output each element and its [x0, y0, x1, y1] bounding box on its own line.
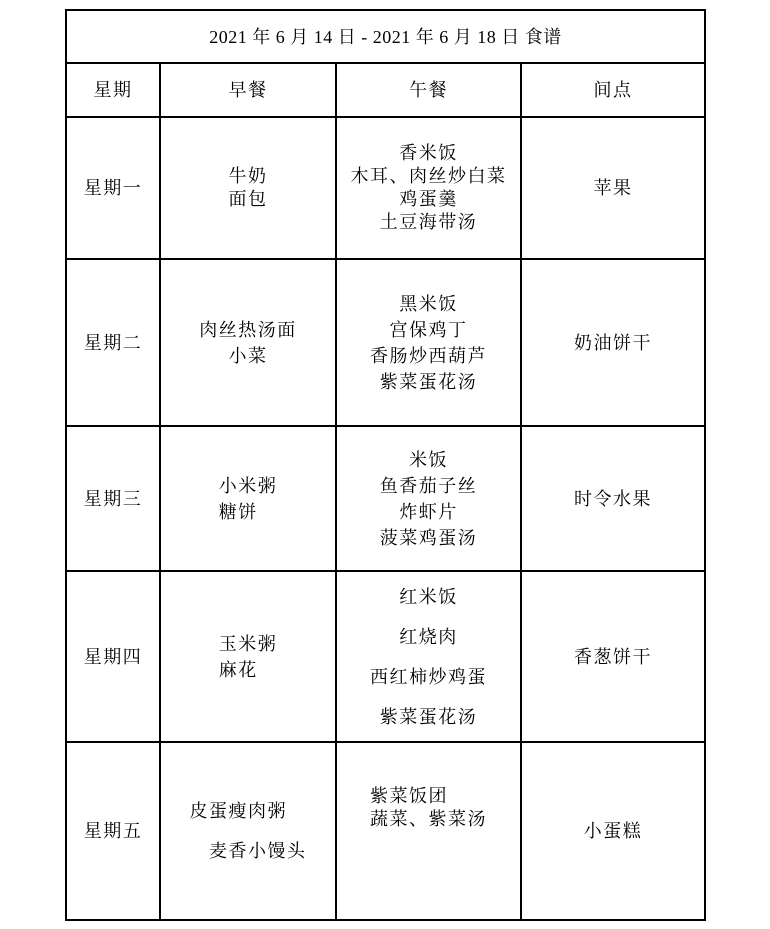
- row-wednesday-breakfast-cell: 小米粥 糖饼: [161, 427, 337, 572]
- header-snack-label: 间点: [594, 77, 633, 103]
- row-thursday-lunch-text: 红米饭 红烧肉 西红柿炒鸡蛋 紫菜蛋花汤: [370, 577, 487, 737]
- table-title: 2021 年 6 月 14 日 - 2021 年 6 月 18 日 食谱: [209, 24, 562, 50]
- row-thursday-breakfast-cell: 玉米粥 麻花: [161, 572, 337, 743]
- row-wednesday-snack-cell: 时令水果: [522, 427, 704, 572]
- row-thursday-day-cell: 星期四: [67, 572, 161, 743]
- row-thursday-day-label: 星期四: [84, 644, 143, 670]
- row-friday-breakfast-cell: 皮蛋瘦肉粥 麦香小馒头: [161, 743, 337, 919]
- header-lunch-cell: 午餐: [337, 64, 522, 118]
- row-tuesday-day-label: 星期二: [84, 330, 143, 356]
- row-monday-breakfast-text: 牛奶 面包: [229, 165, 268, 211]
- header-breakfast-cell: 早餐: [161, 64, 337, 118]
- row-tuesday-lunch-text: 黑米饭 宫保鸡丁 香肠炒西葫芦 紫菜蛋花汤: [370, 291, 487, 395]
- row-thursday-lunch-cell: 红米饭 红烧肉 西红柿炒鸡蛋 紫菜蛋花汤: [337, 572, 522, 743]
- row-wednesday-day-cell: 星期三: [67, 427, 161, 572]
- row-wednesday-lunch-text: 米饭 鱼香茄子丝 炸虾片 菠菜鸡蛋汤: [380, 447, 478, 551]
- row-tuesday-breakfast-cell: 肉丝热汤面 小菜: [161, 260, 337, 427]
- row-monday-lunch-cell: 香米饭 木耳、肉丝炒白菜 鸡蛋羹 土豆海带汤: [337, 118, 522, 260]
- row-thursday-snack-text: 香葱饼干: [574, 644, 652, 670]
- row-monday-snack-text: 苹果: [594, 175, 633, 201]
- header-snack-cell: 间点: [522, 64, 704, 118]
- row-wednesday-breakfast-text: 小米粥 糖饼: [219, 473, 278, 525]
- header-day-label: 星期: [94, 77, 133, 103]
- row-friday-breakfast-text: 皮蛋瘦肉粥 麦香小馒头: [190, 791, 307, 871]
- row-tuesday-snack-cell: 奶油饼干: [522, 260, 704, 427]
- header-breakfast-label: 早餐: [229, 77, 268, 103]
- row-monday-breakfast-cell: 牛奶 面包: [161, 118, 337, 260]
- row-tuesday-day-cell: 星期二: [67, 260, 161, 427]
- row-wednesday-day-label: 星期三: [84, 486, 143, 512]
- row-monday-day-label: 星期一: [84, 175, 143, 201]
- row-thursday-breakfast-text: 玉米粥 麻花: [219, 631, 278, 683]
- row-friday-lunch-cell: 紫菜饭团 蔬菜、紫菜汤: [337, 743, 522, 919]
- row-wednesday-snack-text: 时令水果: [574, 486, 652, 512]
- table-title-cell: 2021 年 6 月 14 日 - 2021 年 6 月 18 日 食谱: [67, 11, 704, 64]
- row-tuesday-snack-text: 奶油饼干: [574, 330, 652, 356]
- row-friday-lunch-text: 紫菜饭团 蔬菜、紫菜汤: [370, 785, 487, 831]
- document-page: 2021 年 6 月 14 日 - 2021 年 6 月 18 日 食谱 星期 …: [0, 0, 770, 929]
- header-lunch-label: 午餐: [409, 77, 448, 103]
- row-tuesday-breakfast-text: 肉丝热汤面 小菜: [199, 317, 297, 369]
- row-friday-snack-cell: 小蛋糕: [522, 743, 704, 919]
- row-monday-lunch-text: 香米饭 木耳、肉丝炒白菜 鸡蛋羹 土豆海带汤: [351, 142, 507, 234]
- row-friday-snack-text: 小蛋糕: [584, 818, 643, 844]
- row-tuesday-lunch-cell: 黑米饭 宫保鸡丁 香肠炒西葫芦 紫菜蛋花汤: [337, 260, 522, 427]
- row-monday-day-cell: 星期一: [67, 118, 161, 260]
- header-day-cell: 星期: [67, 64, 161, 118]
- row-friday-day-label: 星期五: [84, 818, 143, 844]
- row-monday-snack-cell: 苹果: [522, 118, 704, 260]
- row-friday-day-cell: 星期五: [67, 743, 161, 919]
- menu-table: 2021 年 6 月 14 日 - 2021 年 6 月 18 日 食谱 星期 …: [65, 9, 706, 921]
- row-thursday-snack-cell: 香葱饼干: [522, 572, 704, 743]
- row-wednesday-lunch-cell: 米饭 鱼香茄子丝 炸虾片 菠菜鸡蛋汤: [337, 427, 522, 572]
